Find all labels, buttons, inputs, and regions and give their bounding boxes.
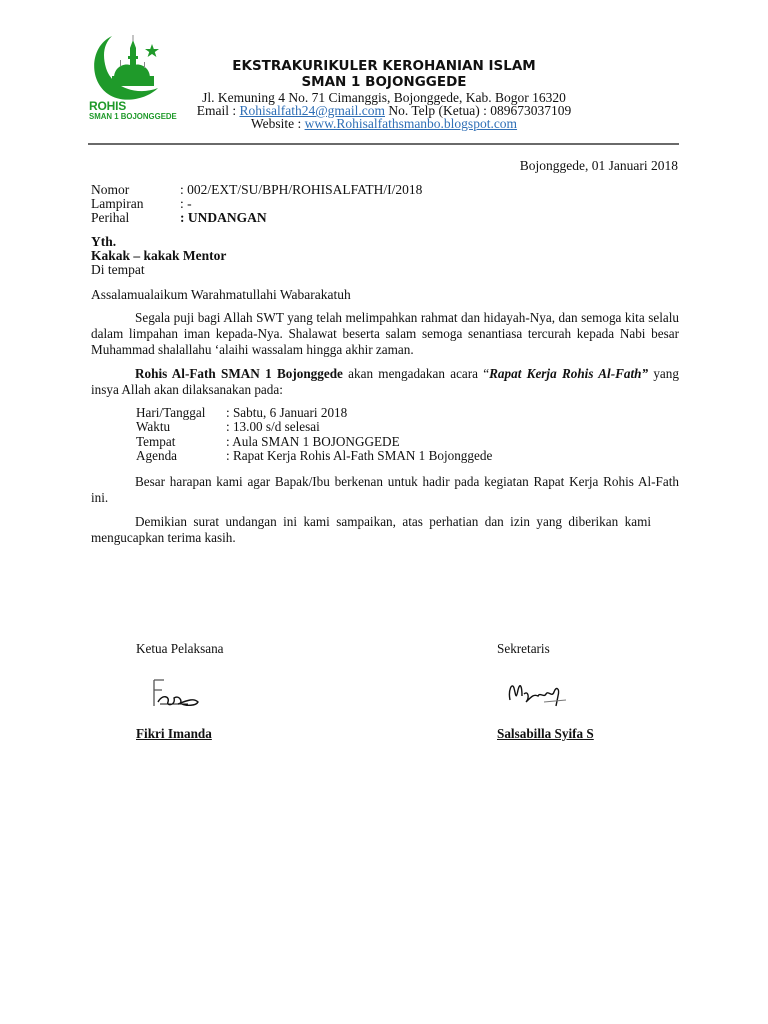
recipient-yth: Yth. xyxy=(91,235,116,249)
signature-name-chair: Fikri Imanda xyxy=(136,726,212,742)
letterhead-divider xyxy=(88,143,679,145)
letterhead-title: EKSTRAKURIKULER KEROHANIAN ISLAM xyxy=(180,58,588,74)
meta-lampiran: Lampiran: - xyxy=(91,197,192,211)
recipient-place: Di tempat xyxy=(91,263,145,277)
detail-label: Agenda xyxy=(136,449,226,464)
recipient-name: Kakak – kakak Mentor xyxy=(91,249,226,263)
paragraph-hope: Besar harapan kami agar Bapak/Ibu berken… xyxy=(91,474,679,506)
paragraph-opening: Segala puji bagi Allah SWT yang telah me… xyxy=(91,310,679,358)
signature-icon xyxy=(148,676,204,716)
signature-role-secretary: Sekretaris xyxy=(497,641,550,657)
letterhead-website: Website : www.Rohisalfathsmanbo.blogspot… xyxy=(180,117,588,131)
meta-value: : UNDANGAN xyxy=(180,210,267,225)
meta-perihal: Perihal: UNDANGAN xyxy=(91,211,267,225)
meta-label: Perihal xyxy=(91,211,180,225)
website-label: Website : xyxy=(251,116,305,131)
email-label: Email : xyxy=(197,103,240,118)
detail-value: : 13.00 s/d selesai xyxy=(226,419,320,434)
paragraph-closing: Demikian surat undangan ini kami sampaik… xyxy=(91,514,651,546)
meta-label: Nomor xyxy=(91,183,180,197)
meta-value: : - xyxy=(180,196,192,211)
meta-value: : 002/EXT/SU/BPH/ROHISALFATH/I/2018 xyxy=(180,182,422,197)
event-name: Rapat Kerja Rohis Al-Fath” xyxy=(489,366,648,381)
paragraph-invitation: Rohis Al-Fath SMAN 1 Bojonggede akan men… xyxy=(91,366,679,398)
signature-icon xyxy=(504,676,574,716)
detail-label: Waktu xyxy=(136,420,226,435)
mosque-crescent-star-icon xyxy=(86,32,186,102)
detail-value: : Rapat Kerja Rohis Al-Fath SMAN 1 Bojon… xyxy=(226,448,492,463)
greeting: Assalamualaikum Warahmatullahi Wabarakat… xyxy=(91,288,351,302)
letterhead-subtitle: SMAN 1 BOJONGGEDE xyxy=(180,74,588,90)
detail-time: Waktu: 13.00 s/d selesai xyxy=(136,420,320,435)
meta-label: Lampiran xyxy=(91,197,180,211)
signature-role-chair: Ketua Pelaksana xyxy=(136,641,224,657)
place-date: Bojonggede, 01 Januari 2018 xyxy=(520,158,678,174)
invitation-text: akan mengadakan acara “ xyxy=(343,366,489,381)
detail-agenda: Agenda: Rapat Kerja Rohis Al-Fath SMAN 1… xyxy=(136,449,492,464)
meta-nomor: Nomor: 002/EXT/SU/BPH/ROHISALFATH/I/2018 xyxy=(91,183,422,197)
logo-text-school: SMAN 1 BOJONGGEDE xyxy=(89,112,177,121)
detail-value: : Aula SMAN 1 BOJONGGEDE xyxy=(226,434,400,449)
detail-value: : Sabtu, 6 Januari 2018 xyxy=(226,405,347,420)
website-link[interactable]: www.Rohisalfathsmanbo.blogspot.com xyxy=(305,116,517,131)
organization-name: Rohis Al-Fath SMAN 1 Bojonggede xyxy=(135,366,343,381)
signature-name-secretary: Salsabilla Syifa S xyxy=(497,726,594,742)
